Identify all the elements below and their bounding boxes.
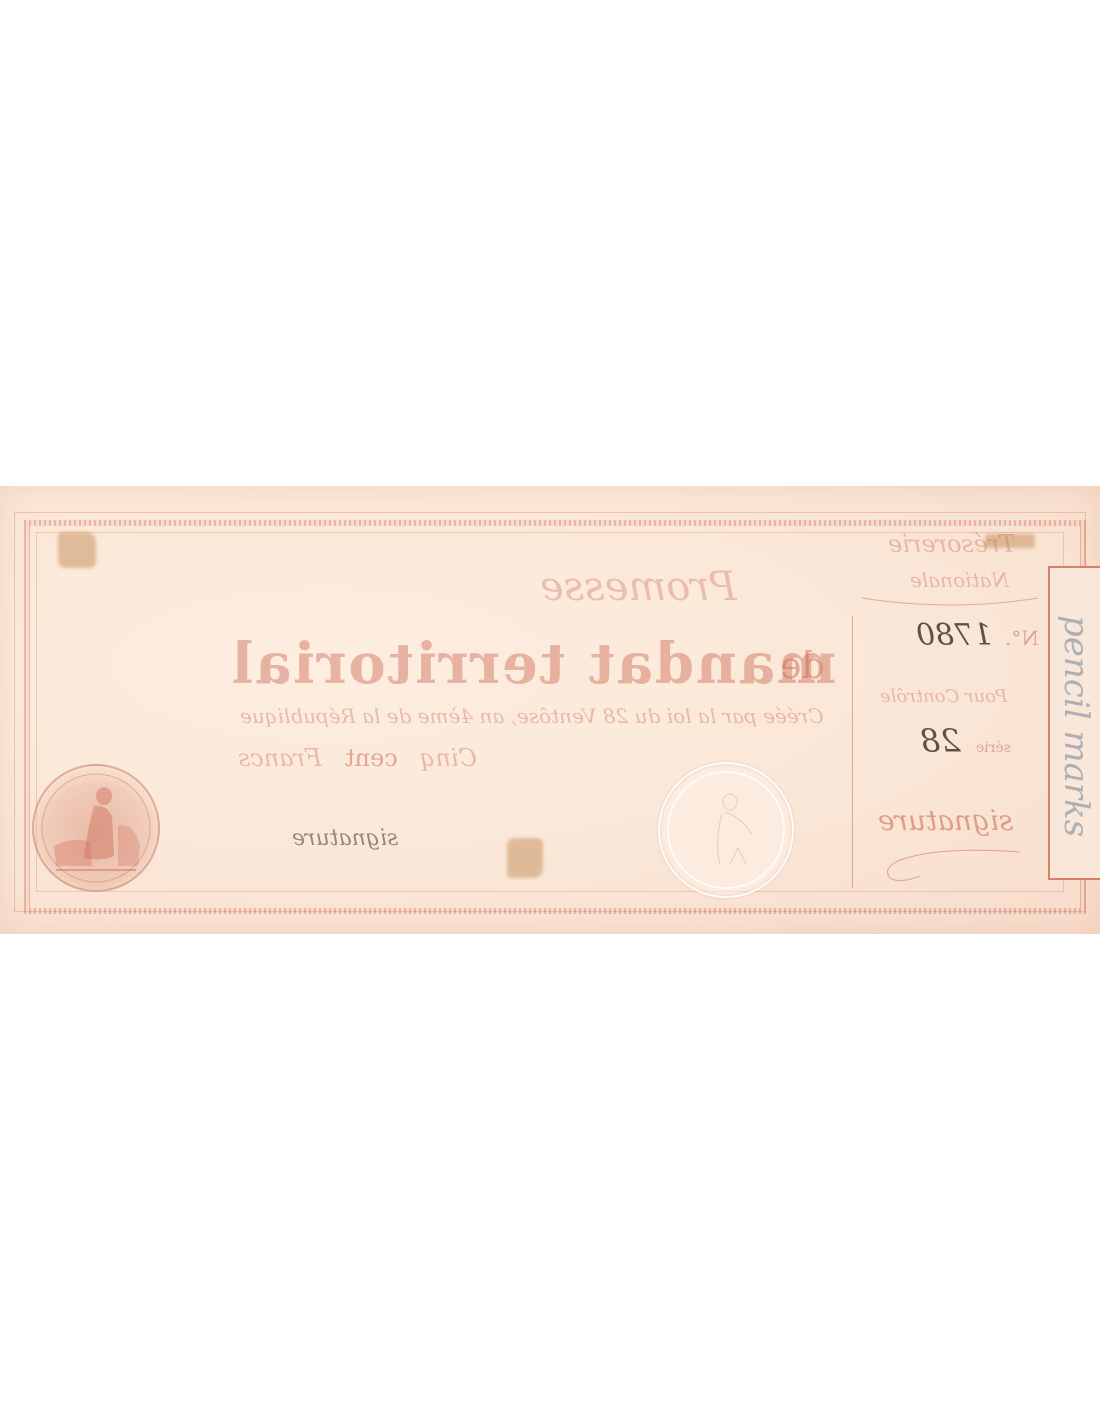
serial-number-label: N°. (1005, 626, 1039, 650)
flourish-divider (860, 594, 1040, 614)
control-label: Pour Contrôle (880, 686, 1007, 707)
title-de-text: de (780, 646, 824, 687)
value-currency: Francs (238, 744, 322, 772)
left-signature: signature (292, 826, 398, 851)
treasury-header-line1: Trésorerie (888, 530, 1015, 558)
pencil-annotation: pencil marks (1052, 586, 1096, 866)
series-number: 28 série (920, 722, 1011, 760)
signature-flourish (880, 846, 1030, 886)
serial-number-value: 1780 (916, 618, 992, 653)
banknote: Promesse mandat territorial de Créée par… (0, 486, 1100, 934)
embossed-seal (658, 762, 794, 898)
right-signature: signature (878, 804, 1013, 837)
stain-top-left (58, 532, 96, 568)
series-number-value: 28 (920, 722, 961, 760)
treasury-header-line2: Nationale (910, 568, 1009, 592)
legend-text: Créée par la loi du 28 Ventôse, an 4ème … (240, 704, 824, 728)
seated-figure-icon (34, 766, 158, 890)
value-line: Francs cent Cinq (238, 744, 477, 772)
stain-bottom-center (507, 838, 543, 878)
value-script: Cinq (420, 744, 477, 772)
serial-number: 1780 N°. (916, 618, 1039, 653)
value-word: cent (345, 744, 398, 772)
title-main-text: mandat territorial (230, 631, 836, 697)
series-number-label: série (976, 740, 1011, 756)
left-vignette-medallion (32, 764, 160, 892)
title-script-text: Promesse (540, 564, 736, 610)
embossed-figure-icon (660, 764, 792, 896)
